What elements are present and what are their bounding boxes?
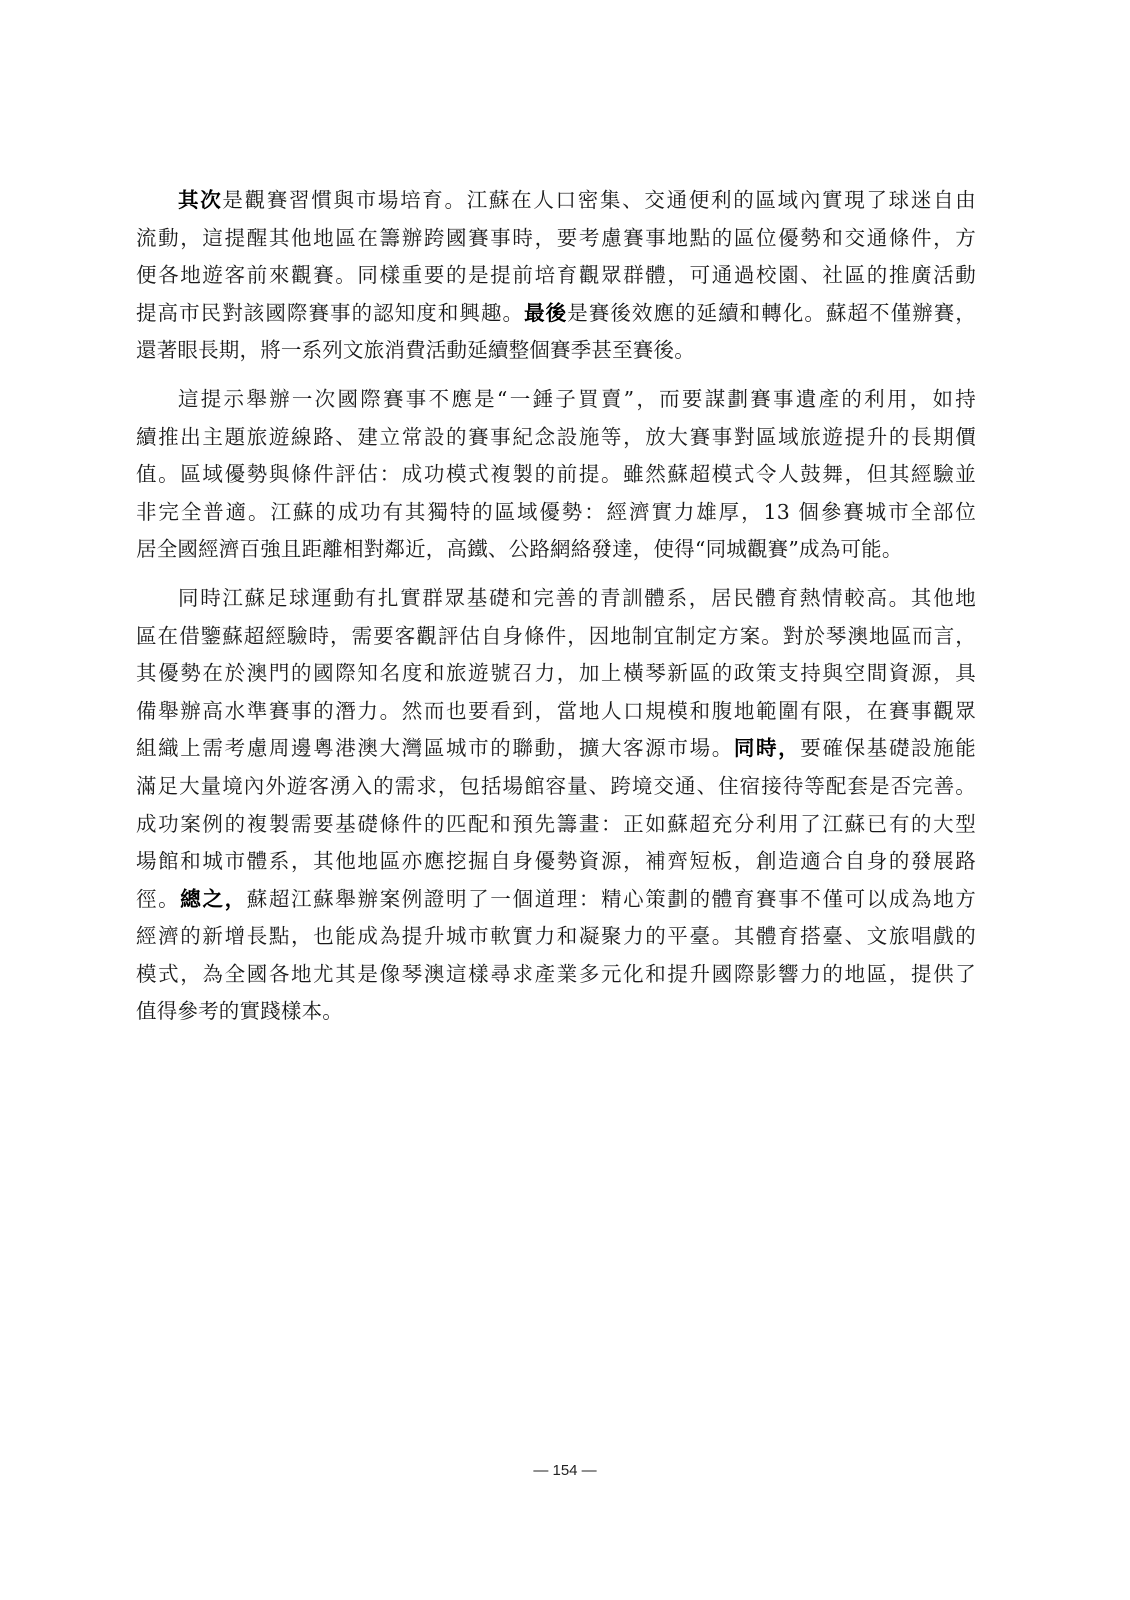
bold-lead-phrase: 總之， xyxy=(180,887,246,911)
text-run: 值得參考的實踐樣本。 xyxy=(136,999,343,1023)
text-run: 居全國經濟百強且距離相對鄰近，高鐵、公路網絡發達，使得“同城觀賽”成為可能。 xyxy=(136,537,903,561)
text-run: 備舉辦高水準賽事的潛力。然而也要看到，當地人口規模和腹地範圍有限，在賽事觀眾 xyxy=(136,699,976,723)
bold-lead-phrase: 其次 xyxy=(178,188,222,212)
body-text: 其次是觀賽習慣與市場培育。江蘇在人口密集、交通便利的區域內實現了球迷自由流動，這… xyxy=(136,182,976,1042)
text-run: 非完全普適。江蘇的成功有其獨特的區域優勢：經濟實力雄厚，13 個參賽城市全部位 xyxy=(136,500,976,524)
text-line: 居全國經濟百強且距離相對鄰近，高鐵、公路網絡發達，使得“同城觀賽”成為可能。 xyxy=(136,531,976,569)
text-run: 成功案例的複製需要基礎條件的匹配和預先籌畫：正如蘇超充分利用了江蘇已有的大型 xyxy=(136,812,976,836)
text-run: 是觀賽習慣與市場培育。江蘇在人口密集、交通便利的區域內實現了球迷自由 xyxy=(222,188,976,212)
text-line: 還著眼長期，將一系列文旅消費活動延續整個賽季甚至賽後。 xyxy=(136,332,976,370)
text-line: 值。區域優勢與條件評估：成功模式複製的前提。雖然蘇超模式令人鼓舞，但其經驗並 xyxy=(136,456,976,494)
text-line: 提高市民對該國際賽事的認知度和興趣。最後是賽後效應的延續和轉化。蘇超不僅辦賽， xyxy=(136,295,976,333)
text-run: 滿足大量境內外遊客湧入的需求，包括場館容量、跨境交通、住宿接待等配套是否完善。 xyxy=(136,774,976,798)
text-line: 續推出主題旅遊線路、建立常設的賽事紀念設施等，放大賽事對區域旅遊提升的長期價 xyxy=(136,419,976,457)
paragraph: 其次是觀賽習慣與市場培育。江蘇在人口密集、交通便利的區域內實現了球迷自由流動，這… xyxy=(136,182,976,370)
text-run: 區在借鑒蘇超經驗時，需要客觀評估自身條件，因地制宜制定方案。對於琴澳地區而言， xyxy=(136,624,976,648)
text-run: 是賽後效應的延續和轉化。蘇超不僅辦賽， xyxy=(567,301,976,325)
text-run: 場館和城市體系，其他地區亦應挖掘自身優勢資源，補齊短板，創造適合自身的發展路 xyxy=(136,849,976,873)
text-run: 提高市民對該國際賽事的認知度和興趣。 xyxy=(136,301,524,325)
text-line: 區在借鑒蘇超經驗時，需要客觀評估自身條件，因地制宜制定方案。對於琴澳地區而言， xyxy=(136,618,976,656)
text-run: 組織上需考慮周邊粵港澳大灣區城市的聯動，擴大客源市場。 xyxy=(136,736,734,760)
text-line: 同時江蘇足球運動有扎實群眾基礎和完善的青訓體系，居民體育熱情較高。其他地 xyxy=(136,580,976,618)
text-line: 模式，為全國各地尤其是像琴澳這樣尋求產業多元化和提升國際影響力的地區，提供了 xyxy=(136,956,976,994)
text-line: 值得參考的實踐樣本。 xyxy=(136,993,976,1031)
document-page: 其次是觀賽習慣與市場培育。江蘇在人口密集、交通便利的區域內實現了球迷自由流動，這… xyxy=(0,0,1130,1600)
text-line: 便各地遊客前來觀賽。同樣重要的是提前培育觀眾群體，可通過校園、社區的推廣活動 xyxy=(136,257,976,295)
text-line: 非完全普適。江蘇的成功有其獨特的區域優勢：經濟實力雄厚，13 個參賽城市全部位 xyxy=(136,494,976,532)
text-line: 組織上需考慮周邊粵港澳大灣區城市的聯動，擴大客源市場。同時，要確保基礎設施能 xyxy=(136,730,976,768)
text-run: 續推出主題旅遊線路、建立常設的賽事紀念設施等，放大賽事對區域旅遊提升的長期價 xyxy=(136,425,976,449)
text-line: 滿足大量境內外遊客湧入的需求，包括場館容量、跨境交通、住宿接待等配套是否完善。 xyxy=(136,768,976,806)
text-run: 這提示舉辦一次國際賽事不應是“一錘子買賣”，而要謀劃賽事遺產的利用，如持 xyxy=(178,387,976,411)
text-run: 徑。 xyxy=(136,887,180,911)
text-line: 場館和城市體系，其他地區亦應挖掘自身優勢資源，補齊短板，創造適合自身的發展路 xyxy=(136,843,976,881)
text-line: 流動，這提醒其他地區在籌辦跨國賽事時，要考慮賽事地點的區位優勢和交通條件，方 xyxy=(136,220,976,258)
text-run: 模式，為全國各地尤其是像琴澳這樣尋求產業多元化和提升國際影響力的地區，提供了 xyxy=(136,962,976,986)
text-run: 流動，這提醒其他地區在籌辦跨國賽事時，要考慮賽事地點的區位優勢和交通條件，方 xyxy=(136,226,976,250)
bold-lead-phrase: 同時， xyxy=(734,736,800,760)
text-line: 成功案例的複製需要基礎條件的匹配和預先籌畫：正如蘇超充分利用了江蘇已有的大型 xyxy=(136,806,976,844)
text-line: 經濟的新增長點，也能成為提升城市軟實力和凝聚力的平臺。其體育搭臺、文旅唱戲的 xyxy=(136,918,976,956)
text-run: 還著眼長期，將一系列文旅消費活動延續整個賽季甚至賽後。 xyxy=(136,338,695,362)
text-line: 這提示舉辦一次國際賽事不應是“一錘子買賣”，而要謀劃賽事遺產的利用，如持 xyxy=(136,381,976,419)
text-run: 經濟的新增長點，也能成為提升城市軟實力和凝聚力的平臺。其體育搭臺、文旅唱戲的 xyxy=(136,924,976,948)
text-run: 其優勢在於澳門的國際知名度和旅遊號召力，加上橫琴新區的政策支持與空間資源，具 xyxy=(136,661,976,685)
text-line: 其優勢在於澳門的國際知名度和旅遊號召力，加上橫琴新區的政策支持與空間資源，具 xyxy=(136,655,976,693)
text-line: 徑。總之，蘇超江蘇舉辦案例證明了一個道理：精心策劃的體育賽事不僅可以成為地方 xyxy=(136,881,976,919)
text-run: 便各地遊客前來觀賽。同樣重要的是提前培育觀眾群體，可通過校園、社區的推廣活動 xyxy=(136,263,976,287)
text-run: 值。區域優勢與條件評估：成功模式複製的前提。雖然蘇超模式令人鼓舞，但其經驗並 xyxy=(136,462,976,486)
text-run: 要確保基礎設施能 xyxy=(800,736,976,760)
text-run: 同時江蘇足球運動有扎實群眾基礎和完善的青訓體系，居民體育熱情較高。其他地 xyxy=(178,586,976,610)
text-run: 蘇超江蘇舉辦案例證明了一個道理：精心策劃的體育賽事不僅可以成為地方 xyxy=(247,887,976,911)
bold-lead-phrase: 最後 xyxy=(524,301,567,325)
text-line: 其次是觀賽習慣與市場培育。江蘇在人口密集、交通便利的區域內實現了球迷自由 xyxy=(136,182,976,220)
text-line: 備舉辦高水準賽事的潛力。然而也要看到，當地人口規模和腹地範圍有限，在賽事觀眾 xyxy=(136,693,976,731)
page-number: — 154 — xyxy=(0,1462,1130,1479)
paragraph: 這提示舉辦一次國際賽事不應是“一錘子買賣”，而要謀劃賽事遺產的利用，如持續推出主… xyxy=(136,381,976,569)
paragraph: 同時江蘇足球運動有扎實群眾基礎和完善的青訓體系，居民體育熱情較高。其他地區在借鑒… xyxy=(136,580,976,1031)
